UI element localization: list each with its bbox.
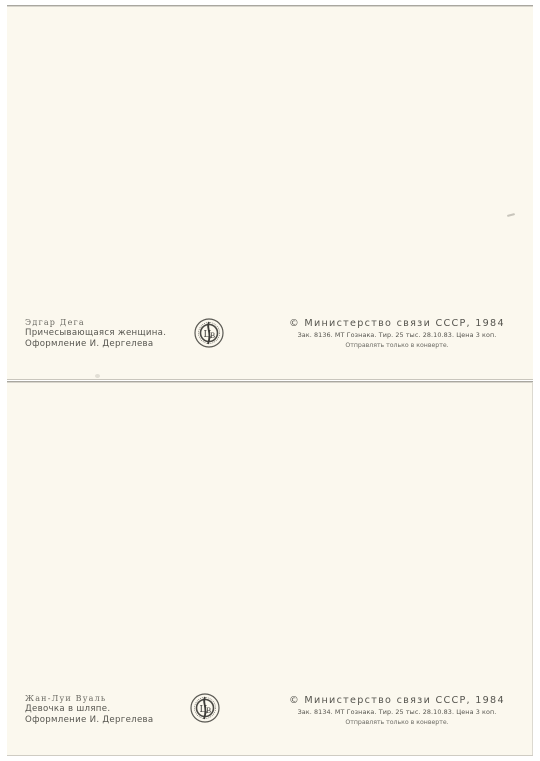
card-edge	[532, 382, 533, 755]
publisher-info: © Министерство связи СССР, 1984 Зак. 813…	[277, 317, 517, 352]
envelope-note: Отправлять только в конверте.	[277, 717, 517, 729]
publisher-emblem-icon: Ц В	[194, 318, 224, 348]
copyright-line: © Министерство связи СССР, 1984	[277, 317, 517, 330]
publisher-info: © Министерство связи СССР, 1984 Зак. 813…	[277, 694, 517, 729]
design-credit: Оформление И. Дергелева	[25, 715, 153, 726]
postcard-back-2: Жан-Луи Вуаль Девочка в шляпе. Оформлени…	[7, 381, 533, 756]
print-imprint: Зак. 8134. МТ Гознака. Тир. 25 тыс. 28.1…	[277, 707, 517, 717]
artwork-caption: Жан-Луи Вуаль Девочка в шляпе. Оформлени…	[25, 693, 153, 726]
artwork-title: Причесывающаяся женщина.	[25, 328, 166, 339]
paper-smudge	[507, 213, 515, 217]
postcard-back-1: Эдгар Дега Причесывающаяся женщина. Офор…	[7, 5, 533, 380]
svg-text:В: В	[206, 707, 211, 715]
artist-name: Эдгар Дега	[25, 317, 166, 328]
paper-flaw	[95, 374, 100, 378]
design-credit: Оформление И. Дергелева	[25, 339, 166, 350]
artwork-title: Девочка в шляпе.	[25, 704, 153, 715]
copyright-line: © Министерство связи СССР, 1984	[277, 694, 517, 707]
artist-name: Жан-Луи Вуаль	[25, 693, 153, 704]
publisher-emblem-icon: Ц В	[190, 693, 220, 723]
svg-text:В: В	[210, 332, 215, 340]
artwork-caption: Эдгар Дега Причесывающаяся женщина. Офор…	[25, 317, 166, 350]
envelope-note: Отправлять только в конверте.	[277, 340, 517, 352]
print-imprint: Зак. 8136. МТ Гознака. Тир. 25 тыс. 28.1…	[277, 330, 517, 340]
